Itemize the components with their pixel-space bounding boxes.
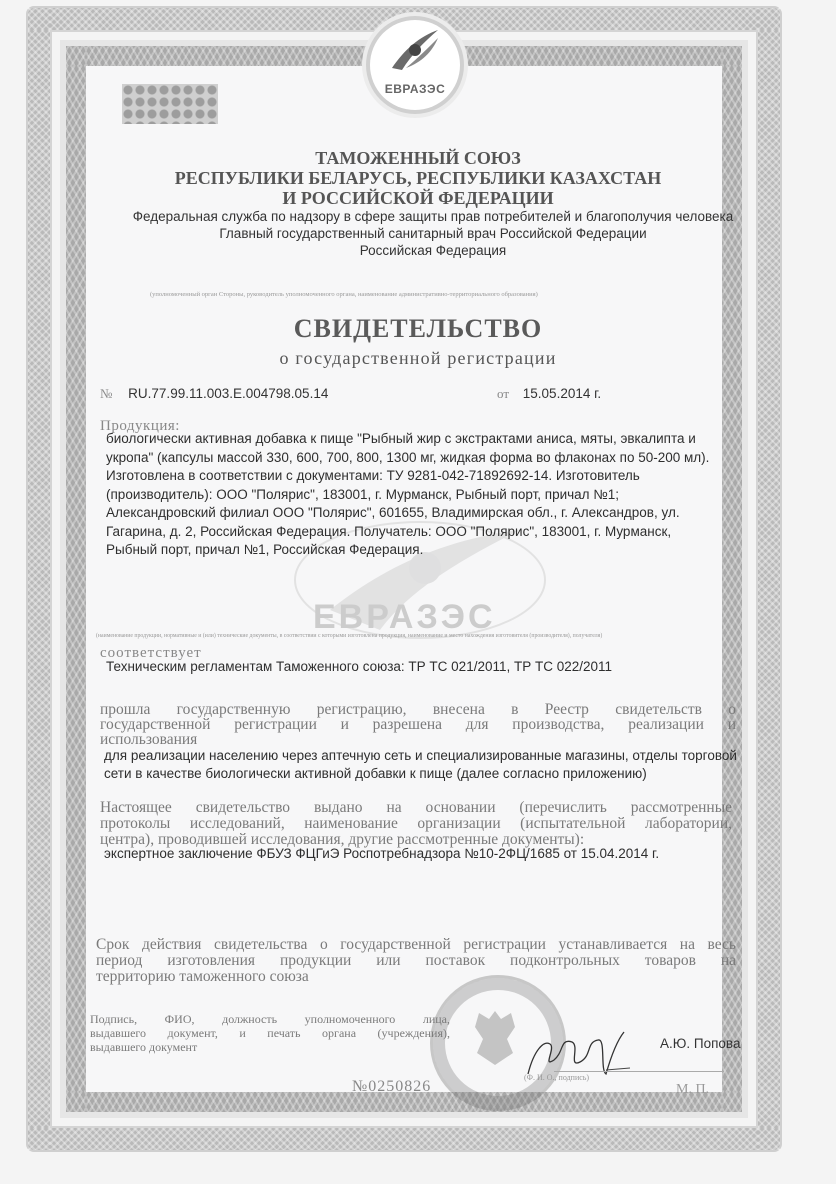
watermark-label: ЕВРАЗЭС — [313, 598, 496, 637]
authority-line: Российская Федерация — [90, 242, 776, 259]
date-label: от — [497, 386, 509, 401]
eurasec-emblem: ЕВРАЗЭС — [370, 20, 460, 110]
form-number: №0250826 — [352, 1078, 431, 1096]
product-line: биологически активная добавка к пище "Ры… — [106, 430, 776, 449]
product-line: Изготовлена в соответствии с документами… — [106, 467, 776, 486]
registration-date: 15.05.2014 г. — [523, 386, 601, 401]
statement-line: прошла государственную регистрацию, внес… — [100, 702, 736, 717]
statement-line: государственной регистрации и разрешена … — [100, 717, 736, 732]
signature-label-line: выдавшего документ — [90, 1040, 450, 1054]
signer-name: А.Ю. Попова — [660, 1036, 740, 1051]
signer-caption: (Ф. И. О., подпись) — [524, 1073, 589, 1082]
customs-union-heading: ТАМОЖЕННЫЙ СОЮЗ РЕСПУБЛИКИ БЕЛАРУСЬ, РЕС… — [90, 148, 746, 208]
signature-label-line: выдавшего документ, и печать органа (учр… — [90, 1026, 450, 1040]
usage-line: сети в качестве биологически активной до… — [104, 765, 784, 783]
validity-line: период изготовления продукции или постав… — [96, 953, 736, 969]
validity-line: Срок действия свидетельства о государств… — [96, 937, 736, 953]
emblem-label: ЕВРАЗЭС — [385, 82, 446, 96]
validity-line: территорию таможенного союза — [96, 969, 736, 985]
number-label: № — [100, 386, 112, 401]
product-line: Гагарина, д. 2, Российская Федерация. По… — [106, 523, 776, 542]
registration-number: RU.77.99.11.003.Е.004798.05.14 — [128, 386, 328, 401]
signature-label-line: Подпись, ФИО, должность уполномоченного … — [90, 1012, 450, 1026]
authority-caption: (уполномоченный орган Стороны, руководит… — [150, 291, 538, 298]
registration-statement: прошла государственную регистрацию, внес… — [100, 702, 736, 747]
validity-statement: Срок действия свидетельства о государств… — [96, 937, 736, 985]
security-pattern — [122, 84, 218, 124]
stamp-place: М. П. — [676, 1082, 709, 1098]
union-line: РЕСПУБЛИКИ БЕЛАРУСЬ, РЕСПУБЛИКИ КАЗАХСТА… — [90, 168, 746, 188]
usage-description: для реализации населению через аптечную … — [104, 747, 784, 783]
union-line: И РОССИЙСКОЙ ФЕДЕРАЦИИ — [90, 188, 746, 208]
authority-line: Федеральная служба по надзору в сфере за… — [90, 208, 776, 225]
product-line: (производитель): ООО "Полярис", 183001, … — [106, 486, 776, 505]
statement-line: использования — [100, 732, 736, 747]
basis-line: протоколы исследований, наименование орг… — [100, 816, 732, 832]
product-line: Александровский филиал ООО "Полярис", 60… — [106, 504, 776, 523]
authority-block: Федеральная служба по надзору в сфере за… — [90, 208, 776, 259]
basis-statement: Настоящее свидетельство выдано на основа… — [100, 800, 732, 848]
usage-line: для реализации населению через аптечную … — [104, 747, 784, 765]
signature-label: Подпись, ФИО, должность уполномоченного … — [90, 1012, 450, 1054]
union-line: ТАМОЖЕННЫЙ СОЮЗ — [90, 148, 746, 168]
authority-line: Главный государственный санитарный врач … — [90, 225, 776, 242]
product-line: укропа" (капсулы массой 330, 600, 700, 8… — [106, 449, 776, 468]
registration-number-row: № RU.77.99.11.003.Е.004798.05.14 — [100, 386, 328, 402]
product-description: биологически активная добавка к пище "Ры… — [106, 430, 776, 560]
registration-date-row: от 15.05.2014 г. — [497, 386, 601, 402]
eurasec-logo-icon — [388, 28, 442, 72]
product-line: Рыбный порт, причал №1, Российская Федер… — [106, 541, 776, 560]
double-headed-eagle-icon — [467, 1005, 523, 1069]
product-caption: (наименование продукции, нормативные и (… — [96, 633, 602, 639]
document-subtitle: о государственной регистрации — [90, 348, 746, 369]
basis-line: Настоящее свидетельство выдано на основа… — [100, 800, 732, 816]
signature-line — [554, 1071, 724, 1072]
document-title: СВИДЕТЕЛЬСТВО — [90, 314, 746, 344]
basis-value: экспертное заключение ФБУЗ ФЦГиЭ Роспотр… — [104, 845, 659, 864]
conformity-value: Техническим регламентам Таможенного союз… — [106, 658, 612, 677]
